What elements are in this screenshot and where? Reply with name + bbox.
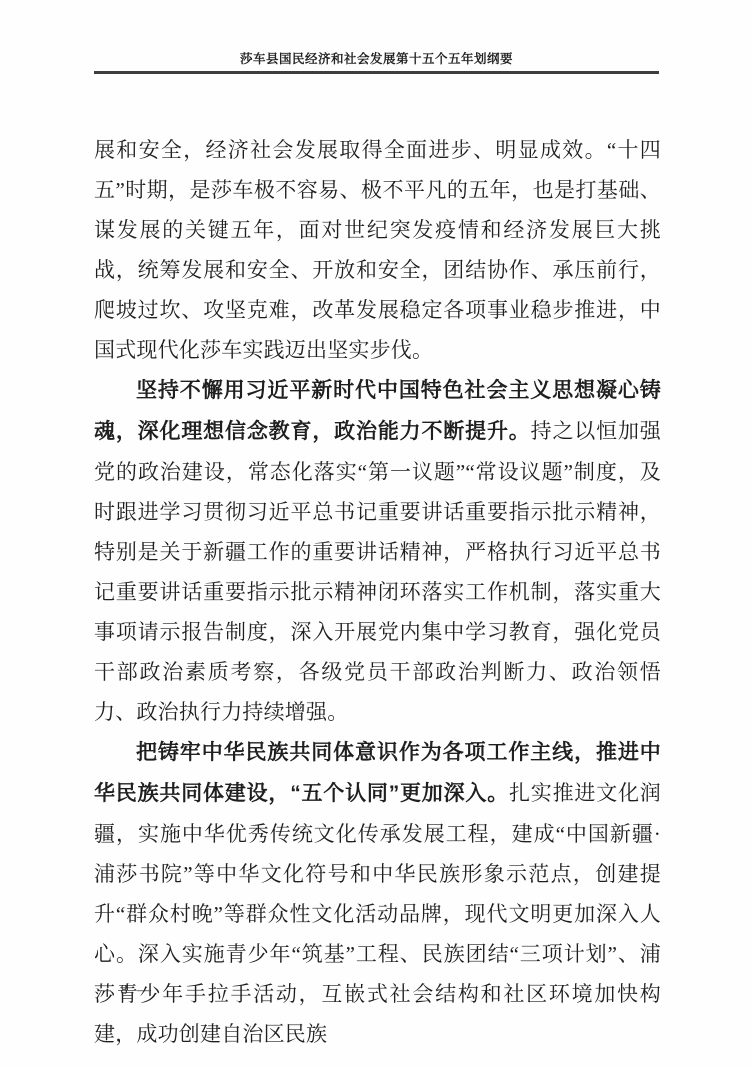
page-number: — 8 — — [97, 983, 154, 999]
header-rule — [94, 71, 659, 74]
paragraph-continuation-text: 展和安全，经济社会发展取得全面进步、明显成效。“十四五”时期，是莎车极不容易、极… — [94, 138, 661, 362]
running-header-title: 莎车县国民经济和社会发展第十五个五年划纲要 — [0, 49, 753, 67]
document-body: 展和安全，经济社会发展取得全面进步、明显成效。“十四五”时期，是莎车极不容易、极… — [94, 130, 661, 1054]
paragraph-ideology: 坚持不懈用习近平新时代中国特色社会主义思想凝心铸魂，深化理想信念教育，政治能力不… — [94, 370, 661, 732]
paragraph-ideology-text: 持之以恒加强党的政治建设，常态化落实“第一议题”“常设议题”制度，及时跟进学习贯… — [94, 419, 661, 724]
paragraph-ethnic-unity-text: 扎实推进文化润疆，实施中华优秀传统文化传承发展工程，建成“中国新疆·浦莎书院”等… — [94, 781, 661, 1046]
paragraph-continuation: 展和安全，经济社会发展取得全面进步、明显成效。“十四五”时期，是莎车极不容易、极… — [94, 130, 661, 370]
document-page: 莎车县国民经济和社会发展第十五个五年划纲要 展和安全，经济社会发展取得全面进步、… — [0, 0, 753, 1066]
paragraph-ethnic-unity: 把铸牢中华民族共同体意识作为各项工作主线，推进中华民族共同体建设，“五个认同”更… — [94, 732, 661, 1054]
